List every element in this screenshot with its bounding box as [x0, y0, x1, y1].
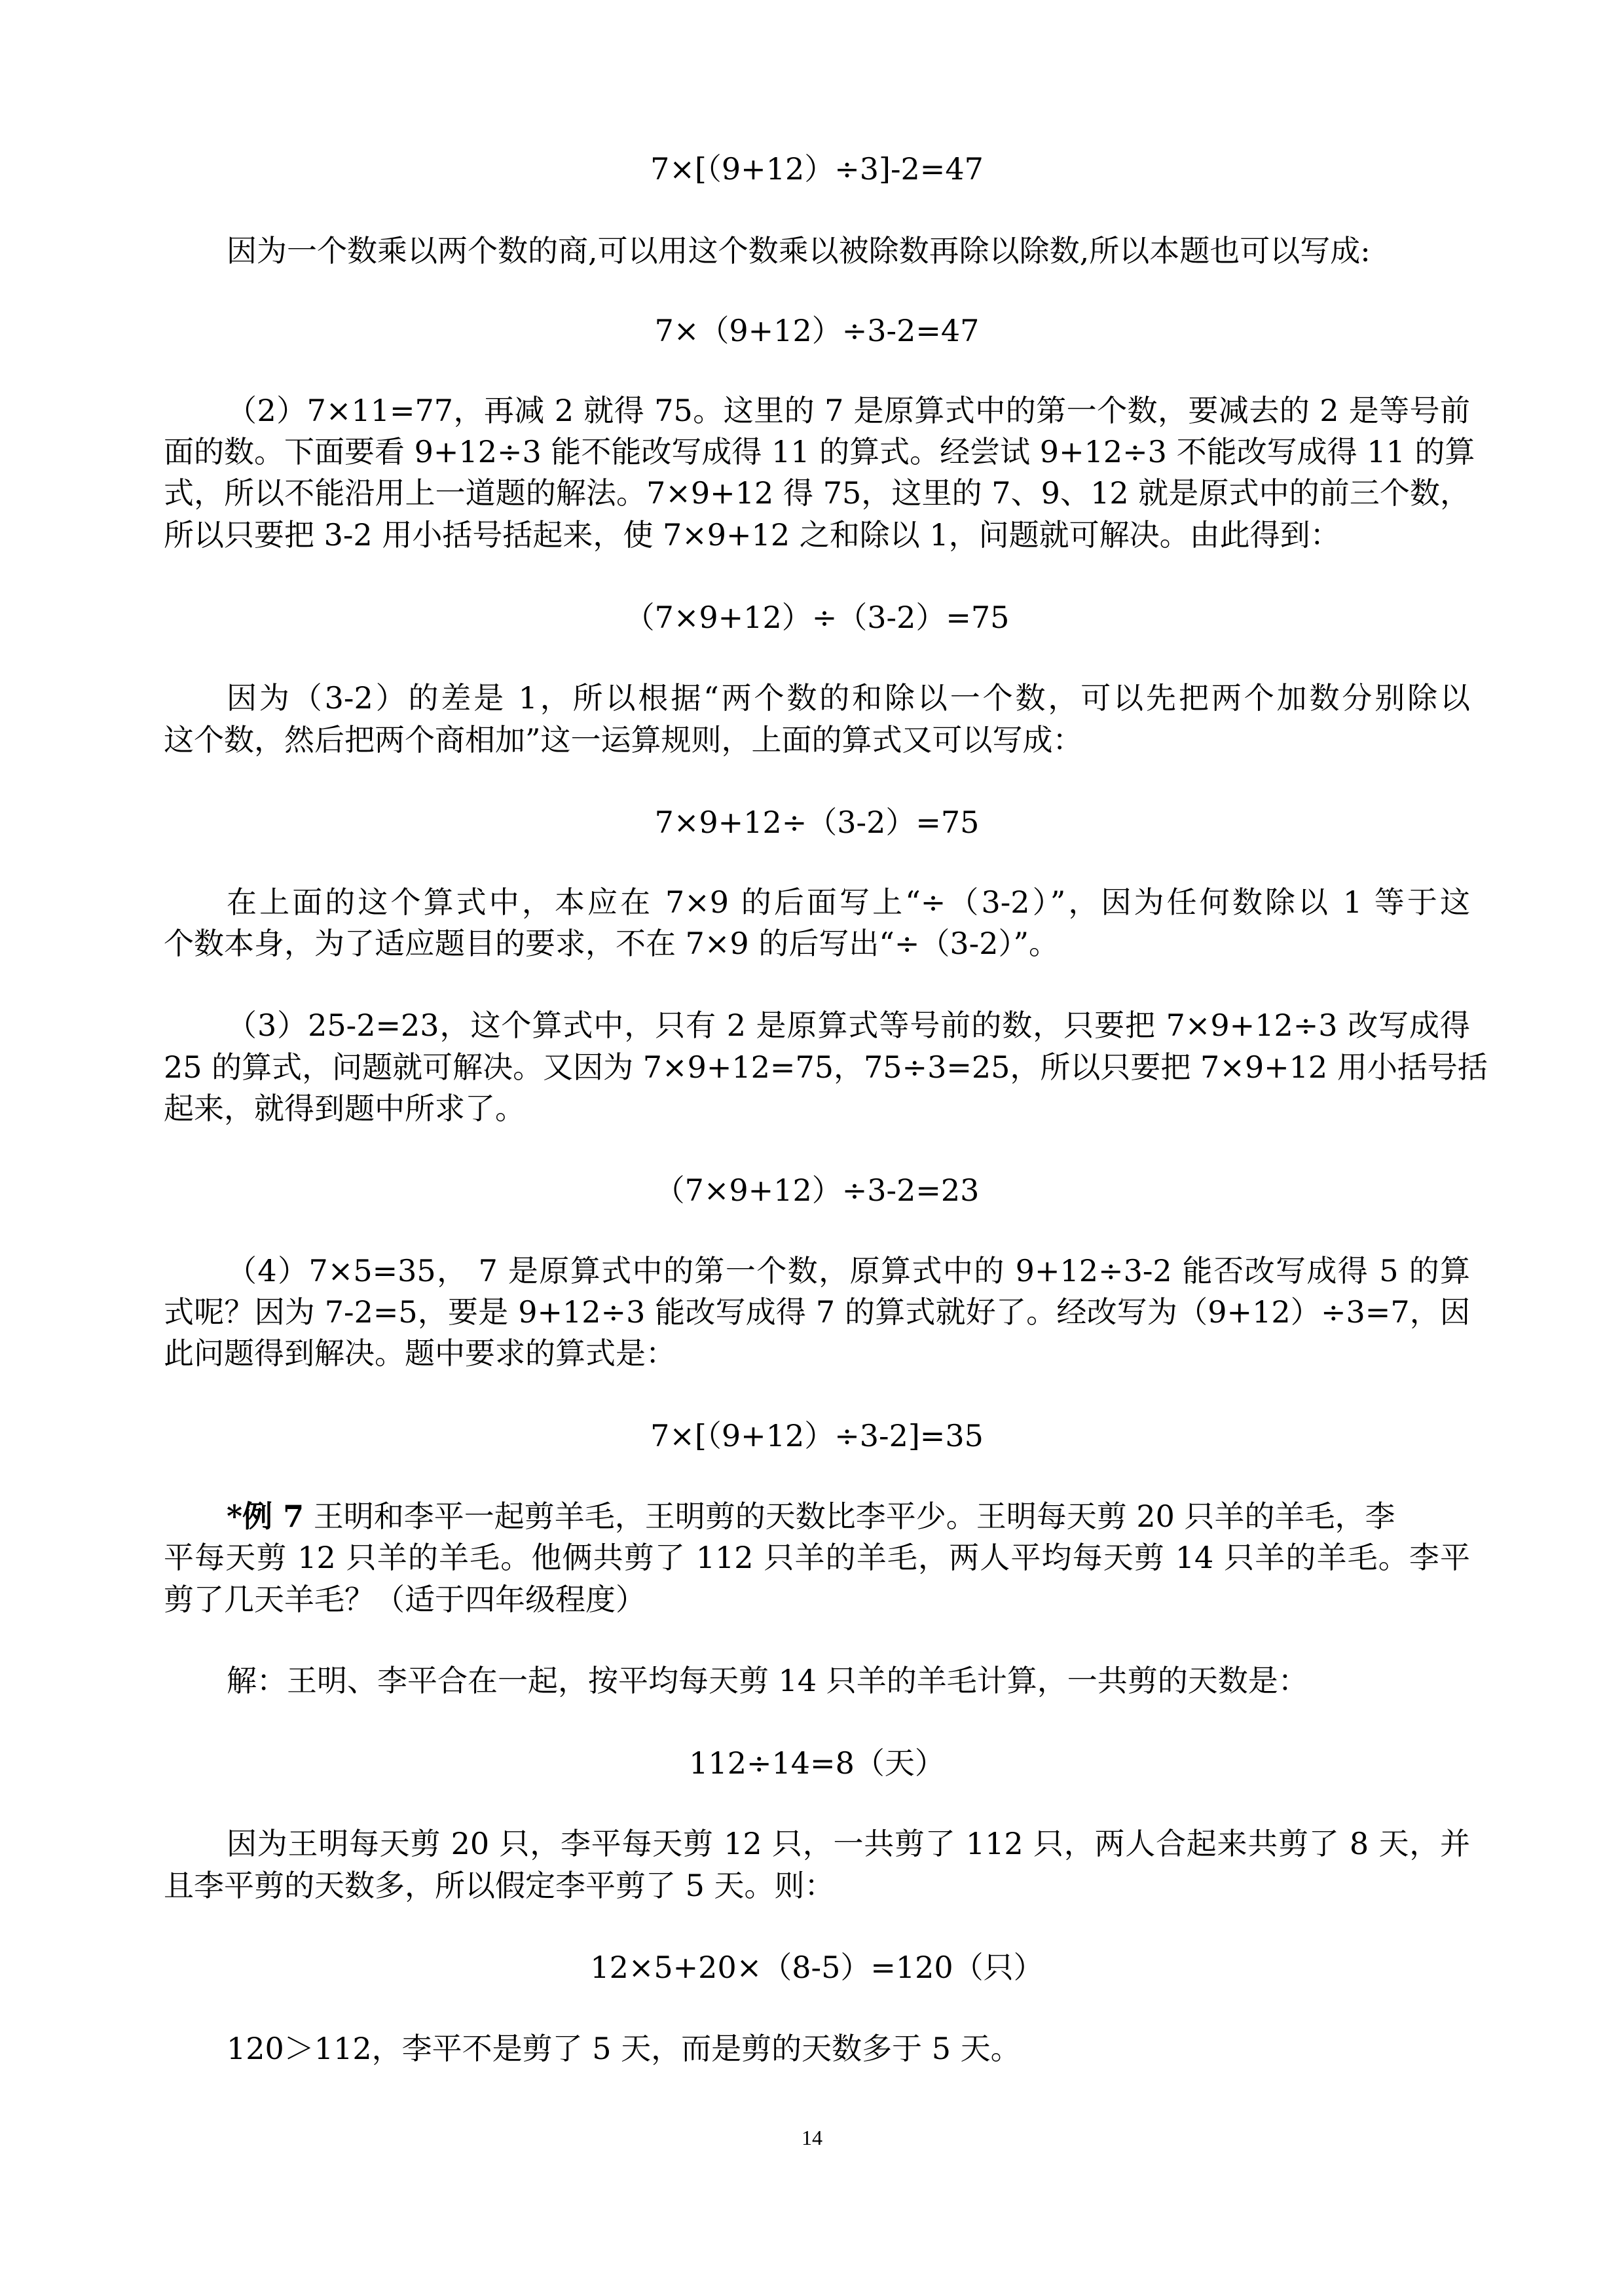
solution-line-1: 解：王明、李平合在一起，按平均每天剪 14 只羊的羊毛计算，一共剪的天数是： [164, 1660, 1470, 1702]
example-7-line-1-text: 王明和李平一起剪羊毛，王明剪的天数比李平少。王明每天剪 20 只羊的羊毛，李 [304, 1499, 1395, 1534]
example-label: *例 7 [227, 1499, 304, 1534]
equation-5: （7×9+12）÷3-2=23 [164, 1169, 1470, 1211]
paragraph-4-line-2: 个数本身，为了适应题目的要求，不在 7×9 的后写出“÷（3-2）”。 [164, 922, 1470, 964]
equation-1: 7×[（9+12）÷3]-2=47 [164, 148, 1470, 190]
example-7-line-3: 剪了几天羊毛？（适于四年级程度） [164, 1578, 1470, 1620]
document-page: 7×[（9+12）÷3]-2=47 因为一个数乘以两个数的商,可以用这个数乘以被… [0, 0, 1624, 2296]
equation-2: 7×（9+12）÷3-2=47 [164, 310, 1470, 352]
paragraph-6-line-1: （4）7×5=35， 7 是原算式中的第一个数，原算式中的 9+12÷3-2 能… [164, 1250, 1470, 1292]
paragraph-2-line-1: （2）7×11=77，再减 2 就得 75。这里的 7 是原算式中的第一个数，要… [164, 390, 1470, 431]
paragraph-9-line-1: 因为王明每天剪 20 只，李平每天剪 12 只，一共剪了 112 只，两人合起来… [164, 1823, 1470, 1865]
paragraph-5-line-2: 25 的算式，问题就可解决。又因为 7×9+12=75，75÷3=25，所以只要… [164, 1046, 1470, 1088]
paragraph-3-line-2: 这个数，然后把两个商相加”这一运算规则，上面的算式又可以写成： [164, 719, 1470, 761]
paragraph-9-line-2: 且李平剪的天数多，所以假定李平剪了 5 天。则： [164, 1865, 1470, 1906]
equation-7: 112÷14=8（天） [164, 1742, 1470, 1784]
paragraph-3-line-1: 因为（3-2）的差是 1，所以根据“两个数的和除以一个数，可以先把两个加数分别除… [164, 677, 1470, 719]
paragraph-2-line-4: 所以只要把 3-2 用小括号括起来，使 7×9+12 之和除以 1，问题就可解决… [164, 514, 1470, 556]
paragraph-2-line-3: 式，所以不能沿用上一道题的解法。7×9+12 得 75，这里的 7、9、12 就… [164, 472, 1470, 514]
example-7-line-2: 平每天剪 12 只羊的羊毛。他俩共剪了 112 只羊的羊毛，两人平均每天剪 14… [164, 1537, 1470, 1578]
paragraph-6-line-3: 此问题得到解决。题中要求的算式是： [164, 1332, 1470, 1374]
paragraph-6-line-2: 式呢？因为 7-2=5，要是 9+12÷3 能改写成得 7 的算式就好了。经改写… [164, 1291, 1470, 1333]
example-7-line-1: *例 7 王明和李平一起剪羊毛，王明剪的天数比李平少。王明每天剪 20 只羊的羊… [164, 1495, 1470, 1537]
paragraph-5-line-3: 起来，就得到题中所求了。 [164, 1087, 1470, 1129]
paragraph-5-line-1: （3）25-2=23，这个算式中，只有 2 是原算式等号前的数，只要把 7×9+… [164, 1004, 1470, 1046]
equation-3: （7×9+12）÷（3-2）=75 [164, 596, 1470, 638]
page-number: 14 [779, 2121, 845, 2154]
equation-8: 12×5+20×（8-5）=120（只） [164, 1946, 1470, 1988]
paragraph-4-line-1: 在上面的这个算式中，本应在 7×9 的后面写上“÷（3-2）”，因为任何数除以 … [164, 881, 1470, 923]
paragraph-1-line-1: 因为一个数乘以两个数的商,可以用这个数乘以被除数再除以除数,所以本题也可以写成: [164, 230, 1470, 272]
paragraph-2-line-2: 面的数。下面要看 9+12÷3 能不能改写成得 11 的算式。经尝试 9+12÷… [164, 431, 1470, 473]
equation-4: 7×9+12÷（3-2）=75 [164, 801, 1470, 843]
equation-6: 7×[（9+12）÷3-2]=35 [164, 1415, 1470, 1457]
paragraph-10-line-1: 120＞112，李平不是剪了 5 天，而是剪的天数多于 5 天。 [164, 2028, 1470, 2069]
